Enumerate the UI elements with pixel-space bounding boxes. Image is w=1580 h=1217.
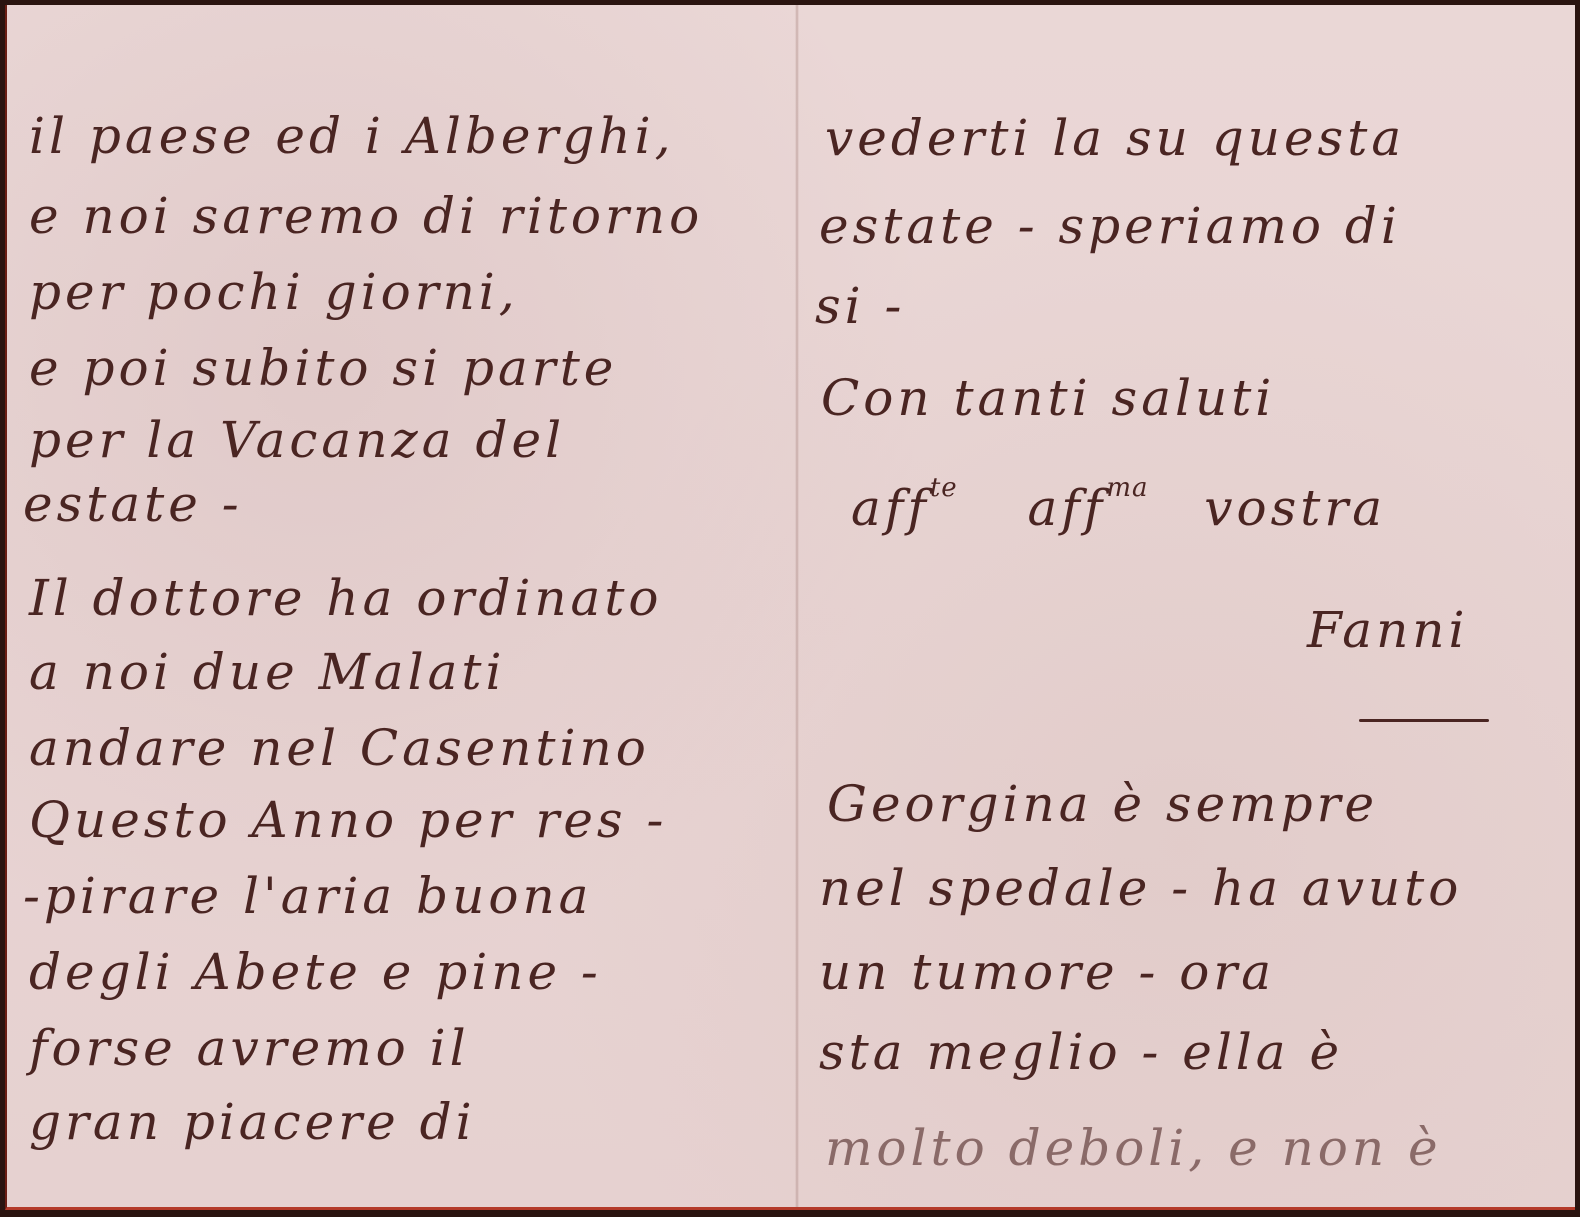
letter-line: e noi saremo di ritorno xyxy=(29,191,703,241)
letter-line: forse avremo il xyxy=(29,1023,470,1073)
letter-line: per pochi giorni, xyxy=(29,267,519,317)
scan-frame: il paese ed i Alberghi, e noi saremo di … xyxy=(0,0,1580,1217)
abbrev-sup: ma xyxy=(1106,473,1148,503)
letter-line: -pirare l'aria buona xyxy=(23,871,592,921)
closing-greeting: Con tanti saluti xyxy=(821,373,1275,423)
letter-line: Questo Anno per res - xyxy=(29,795,667,845)
letter-line: si - xyxy=(815,281,905,331)
letter-line: a noi due Malati xyxy=(29,647,505,697)
letter-sheet: il paese ed i Alberghi, e noi saremo di … xyxy=(5,5,1575,1210)
letter-line: il paese ed i Alberghi, xyxy=(29,111,675,161)
postscript-line: nel spedale - ha avuto xyxy=(819,863,1462,913)
letter-line: estate - speriamo di xyxy=(819,201,1401,251)
abbrev-aff: aff xyxy=(851,479,930,537)
abbrev-sup: te xyxy=(930,473,958,503)
letter-line: gran piacere di xyxy=(29,1097,476,1147)
signature: Fanni xyxy=(1307,605,1469,655)
postscript-line: molto deboli, e non è xyxy=(825,1123,1442,1173)
postscript-line: sta meglio - ella è xyxy=(819,1027,1343,1077)
signature-underline xyxy=(1359,719,1489,722)
letter-line: per la Vacanza del xyxy=(29,415,565,465)
postscript-line: Georgina è sempre xyxy=(827,779,1378,829)
abbrev-aff: aff xyxy=(1027,479,1106,537)
letter-line: e poi subito si parte xyxy=(29,343,617,393)
letter-line: estate - xyxy=(23,479,243,529)
letter-line: vederti la su questa xyxy=(825,113,1405,163)
letter-line: degli Abete e pine - xyxy=(29,947,602,997)
right-page: vederti la su questa estate - speriamo d… xyxy=(799,5,1577,1207)
letter-line: Il dottore ha ordinato xyxy=(29,573,663,623)
closing-vostra: vostra xyxy=(1204,479,1386,537)
closing-affectionate: affte affma vostra xyxy=(851,483,1386,533)
letter-line: andare nel Casentino xyxy=(29,723,650,773)
postscript-line: un tumore - ora xyxy=(819,947,1275,997)
left-page: il paese ed i Alberghi, e noi saremo di … xyxy=(7,5,795,1207)
